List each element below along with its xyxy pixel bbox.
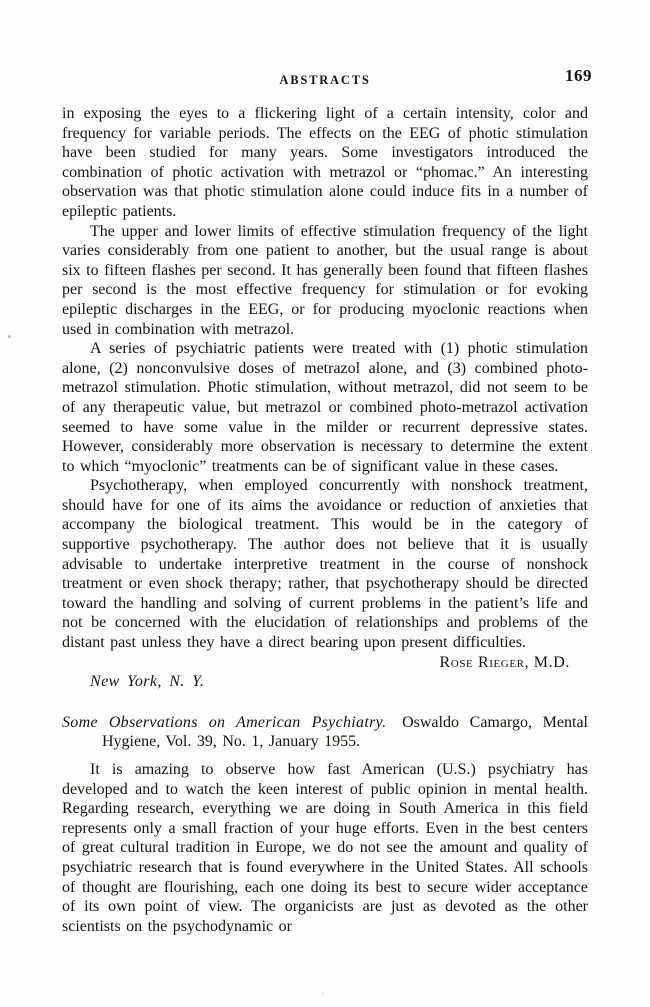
author-location: New York, N. Y.	[62, 672, 588, 692]
paragraph-continuation: in exposing the eyes to a flickering lig…	[62, 104, 588, 222]
author-signature: Rose Rieger, M.D.	[62, 653, 588, 673]
paragraph: A series of psychiatric patients were tr…	[62, 339, 588, 476]
abstract-entry-camargo: Some Observations on American Psychiatry…	[62, 713, 588, 937]
scan-speckle	[322, 993, 324, 995]
journal-page: ABSTRACTS 169 in exposing the eyes to a …	[0, 0, 650, 1007]
page-body: in exposing the eyes to a flickering lig…	[62, 104, 588, 936]
page-number: 169	[565, 66, 592, 86]
paragraph: It is amazing to observe how fast Americ…	[62, 760, 588, 936]
author-name: Rose Rieger, M.D.	[440, 654, 571, 671]
abstract-heading: Some Observations on American Psychiatry…	[62, 713, 588, 752]
paragraph: The upper and lower limits of effective …	[62, 222, 588, 340]
running-head-title: ABSTRACTS	[62, 71, 588, 91]
page-header: ABSTRACTS 169	[62, 68, 588, 88]
abstract-title: Some Observations on American Psychiatry…	[62, 714, 386, 731]
scan-speckle	[8, 335, 11, 338]
abstract-entry-rieger: in exposing the eyes to a flickering lig…	[62, 104, 588, 692]
paragraph: Psychotherapy, when employed concurrentl…	[62, 476, 588, 652]
